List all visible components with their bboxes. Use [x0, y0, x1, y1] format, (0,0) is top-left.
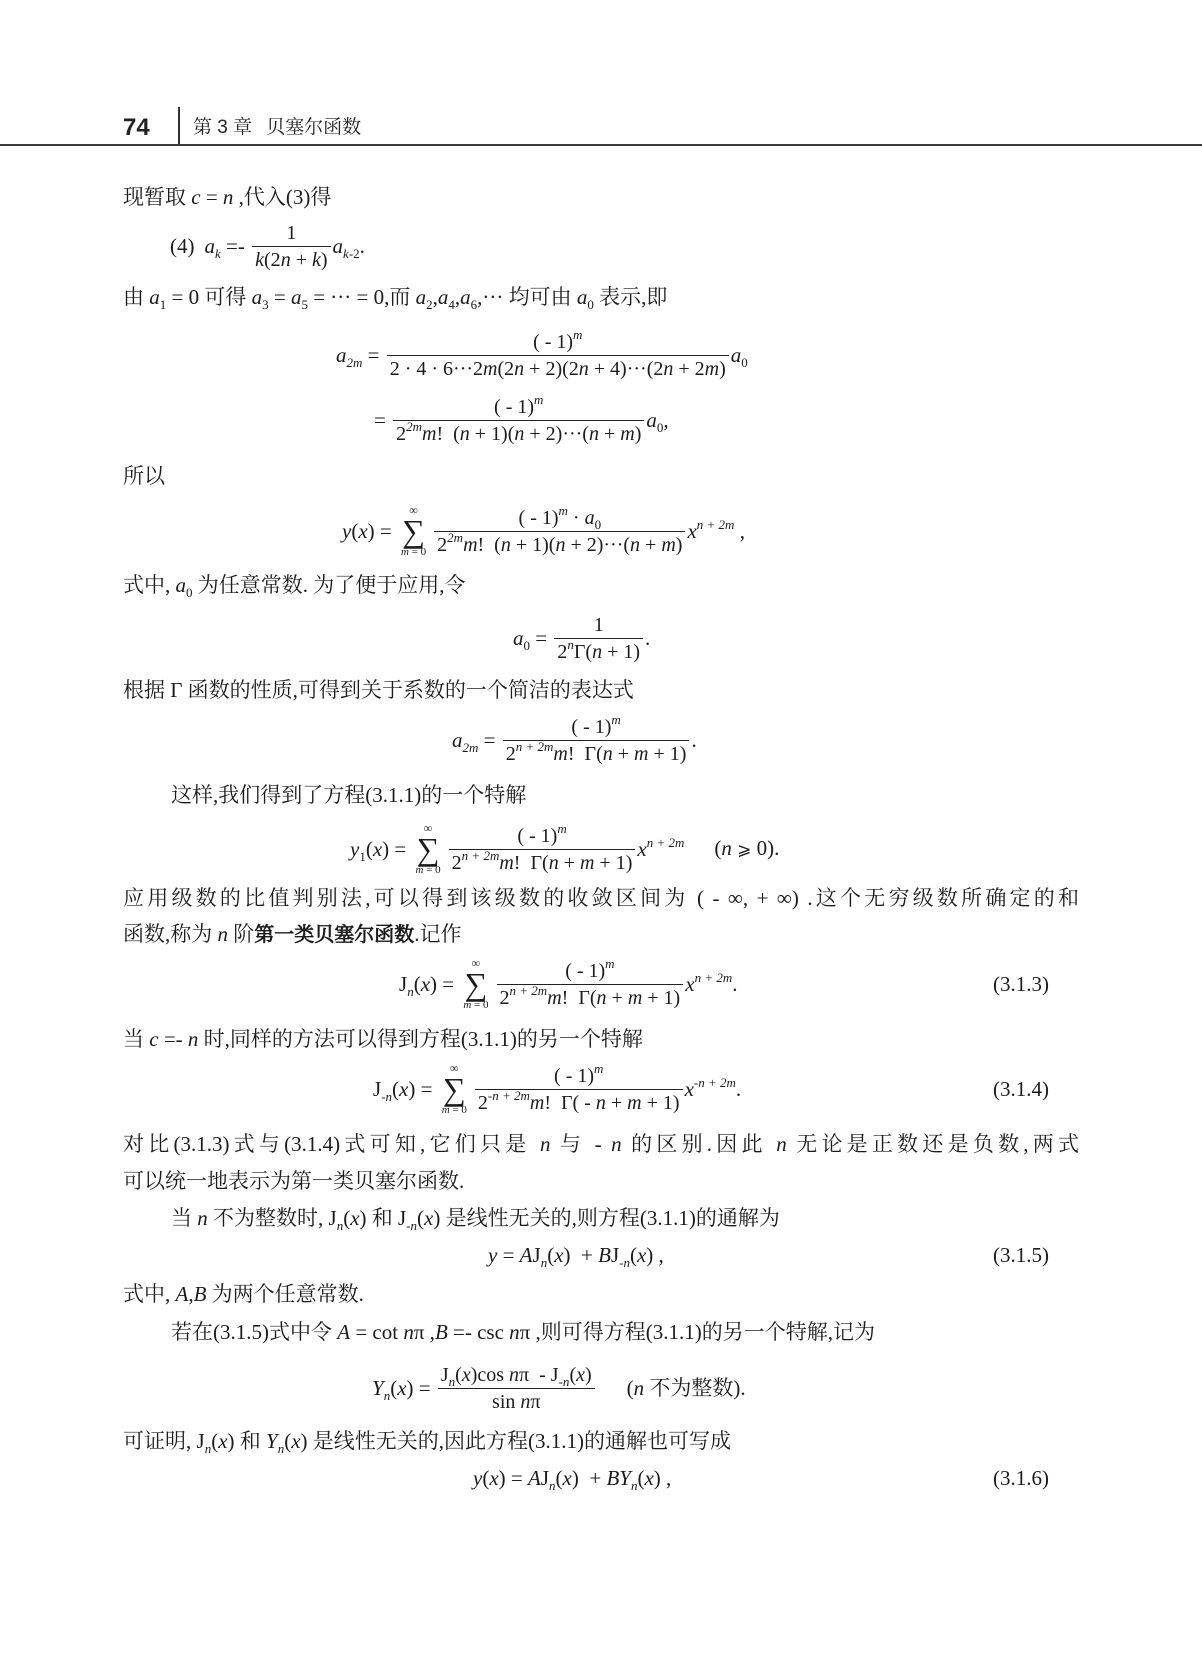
- text: = 0 可得: [166, 285, 251, 309]
- superscript: -n + 2m: [488, 1088, 530, 1103]
- text: ( - 1): [533, 331, 573, 353]
- math-var: a: [585, 507, 595, 529]
- text: 2: [478, 1092, 488, 1114]
- math-var: n: [597, 987, 607, 1009]
- math-var: m: [553, 743, 567, 765]
- equation-3-1-3: Jn(x) = ∞∑m = 0 ( - 1)m 2n + 2mm! Γ(n + …: [399, 956, 737, 1012]
- text: ) =: [368, 519, 397, 543]
- text: 可以统一地表示为第一类贝塞尔函数.: [123, 1169, 464, 1193]
- text: .: [736, 1077, 741, 1101]
- text: J: [373, 1077, 381, 1101]
- text: π - J: [519, 1364, 559, 1386]
- text: ): [585, 1364, 592, 1386]
- text: 2: [396, 423, 406, 445]
- text: ) +: [572, 1466, 607, 1490]
- math-var: a: [731, 343, 742, 367]
- chapter-label: 第 3 章: [193, 117, 252, 138]
- sigma-icon: ∑: [465, 969, 488, 999]
- text: +: [613, 743, 634, 765]
- math-var: a: [452, 728, 463, 752]
- equation-number: (4): [170, 232, 195, 260]
- superscript: n + 2m: [697, 517, 735, 532]
- math-var: n: [509, 1364, 519, 1386]
- text: +: [640, 534, 661, 556]
- math-var: a: [438, 285, 449, 309]
- math-var: B: [435, 1320, 448, 1344]
- denominator: 2n + 2mm! Γ(n + m + 1): [449, 850, 636, 876]
- text: 的区别.因此: [622, 1132, 777, 1156]
- superscript: n + 2m: [695, 970, 733, 985]
- text: ): [719, 358, 726, 380]
- equation-4: (4) ak =- 1 k(2n + k) ak-2.: [170, 218, 365, 274]
- text: 1: [286, 222, 296, 244]
- math-var: a: [336, 343, 347, 367]
- paragraph-line: 当 n 不为整数时, Jn(x) 和 J-n(x) 是线性无关的,则方程(3.1…: [171, 1204, 780, 1232]
- fraction: ( - 1)m 2n + 2mm! Γ(n + m + 1): [497, 958, 684, 1011]
- equation-3-1-4: J-n(x) = ∞∑m = 0 ( - 1)m 2-n + 2mm! Γ( -…: [373, 1061, 741, 1117]
- text: 式中,: [123, 1282, 176, 1306]
- equation-lhs: a2m =: [452, 726, 501, 754]
- equation-a2m-factorial: = ( - 1)m 22mm! (n + 1)(n + 2)···(n + m)…: [374, 392, 669, 448]
- equals-sign: =: [362, 343, 384, 367]
- text: ) ,: [646, 1243, 664, 1267]
- text: ,··· 均可由: [477, 285, 577, 309]
- math-var: x: [218, 1429, 227, 1453]
- math-var: m: [547, 987, 561, 1009]
- math-var: n: [549, 852, 559, 874]
- equation-3-1-5: y = AJn(x) + BJ-n(x) ,: [488, 1241, 664, 1269]
- numerator: ( - 1)m: [530, 329, 585, 355]
- text: 对比(3.1.3)式与(3.1.4)式可知,它们只是: [123, 1132, 540, 1156]
- superscript: m: [573, 327, 582, 342]
- text: 可证明, J: [123, 1429, 205, 1453]
- equation-lhs: a2m =: [336, 341, 385, 369]
- fraction: ( - 1)m 2n + 2mm! Γ(n + m + 1): [503, 714, 690, 767]
- text: 当: [171, 1206, 197, 1230]
- text: + 1)(: [511, 534, 556, 556]
- equation-lhs: y1(x) =: [350, 835, 412, 863]
- text: -2: [349, 246, 360, 261]
- numerator: ( - 1)m · a0: [516, 505, 605, 531]
- math-var: n: [589, 423, 599, 445]
- text: )cos: [471, 1364, 509, 1386]
- equation-rhs: xn + 2m ,: [687, 517, 745, 545]
- text: ! (: [478, 534, 501, 556]
- text: 为任意常数. 为了便于应用,令: [193, 573, 466, 597]
- text: 2: [500, 987, 510, 1009]
- math-var: c: [149, 1027, 158, 1051]
- text: ! Γ(: [568, 743, 603, 765]
- text: ( - 1): [571, 716, 611, 738]
- text: 由: [123, 285, 149, 309]
- denominator: k(2n + k): [252, 247, 330, 273]
- text: + 1): [594, 852, 632, 874]
- math-var: n: [540, 1132, 551, 1156]
- text: ) 是线性无关的,因此方程(3.1.1)的通解也可写成: [301, 1429, 731, 1453]
- sigma-icon: ∑: [402, 516, 425, 546]
- paragraph-line: 可以统一地表示为第一类贝塞尔函数.: [123, 1167, 464, 1195]
- text: ): [321, 249, 328, 271]
- numerator: ( - 1)m: [514, 823, 569, 849]
- equals-sign: ) =: [499, 1466, 528, 1490]
- superscript: m: [559, 503, 568, 518]
- numerator: Jn(x)cos nπ - J-n(x): [438, 1362, 595, 1388]
- text: ) =: [407, 1376, 436, 1400]
- text: ( - 1): [517, 825, 557, 847]
- summation: ∞∑m = 0: [463, 957, 488, 1011]
- text: 0).: [751, 836, 779, 860]
- math-var: n: [281, 249, 291, 271]
- page-number: 74: [123, 113, 150, 143]
- text: 2: [557, 641, 567, 663]
- text: ,代入(3)得: [233, 185, 331, 209]
- text: 2: [437, 534, 447, 556]
- math-var: x: [399, 1077, 408, 1101]
- equation-rhs: xn + 2m: [637, 835, 684, 863]
- math-var: a: [252, 285, 263, 309]
- text: ) =: [430, 972, 459, 996]
- sigma-icon: ∑: [443, 1074, 466, 1104]
- text: ! (: [436, 423, 459, 445]
- header-divider: [178, 107, 180, 145]
- text: 函数,称为: [123, 922, 218, 946]
- text: 阶: [228, 922, 254, 946]
- text: = ··· = 0,而: [308, 285, 416, 309]
- equals-sign: =-: [221, 234, 250, 258]
- math-var: a: [416, 285, 427, 309]
- text: + 2)(2: [524, 358, 579, 380]
- math-var: m: [483, 358, 497, 380]
- math-var: c: [191, 185, 200, 209]
- subscript: 2m: [347, 355, 363, 370]
- text: + 1): [642, 987, 680, 1009]
- denominator: 2n + 2mm! Γ(n + m + 1): [497, 985, 684, 1011]
- text: ) 和: [228, 1429, 267, 1453]
- denominator: 2-n + 2mm! Γ( - n + m + 1): [475, 1090, 683, 1116]
- text: J: [611, 1243, 619, 1267]
- math-var: x: [373, 837, 382, 861]
- math-var: n: [596, 1092, 606, 1114]
- equation-3-1-6: y(x) = AJn(x) + BYn(x) ,: [473, 1464, 671, 1492]
- equation-y1: y1(x) = ∞∑m = 0 ( - 1)m 2n + 2mm! Γ(n + …: [350, 821, 779, 877]
- fraction: ( - 1)m 2n + 2mm! Γ(n + m + 1): [449, 823, 636, 876]
- paragraph-line: 式中, a0 为任意常数. 为了便于应用,令: [123, 571, 466, 599]
- math-var: m: [628, 987, 642, 1009]
- text: sin: [492, 1391, 520, 1413]
- paragraph-line: 可证明, Jn(x) 和 Yn(x) 是线性无关的,因此方程(3.1.1)的通解…: [123, 1427, 731, 1455]
- text: (: [417, 1206, 424, 1230]
- paragraph-line: 函数,称为 n 阶第一类贝塞尔函数.记作: [123, 920, 462, 948]
- superscript: m: [534, 392, 543, 407]
- paragraph-line: 应用级数的比值判别法,可以得到该级数的收敛区间为 ( - ∞, + ∞) .这个…: [123, 884, 1079, 912]
- text: ! Γ(: [514, 852, 549, 874]
- summation: ∞∑m = 0: [416, 822, 441, 876]
- book-page: 74 第 3 章贝塞尔函数 现暂取 c = n ,代入(3)得 (4) ak =…: [0, 0, 1202, 1675]
- math-var: m: [627, 1092, 641, 1114]
- math-var: n: [188, 1027, 199, 1051]
- equals-sign: =: [374, 408, 391, 432]
- equation-rhs: ak-2.: [333, 232, 365, 260]
- text: (: [630, 1243, 637, 1267]
- math-var: n: [509, 1320, 520, 1344]
- chapter-title: 贝塞尔函数: [266, 117, 361, 138]
- math-var: a: [176, 573, 187, 597]
- superscript: m: [594, 1061, 603, 1076]
- paragraph-line: 这样,我们得到了方程(3.1.1)的一个特解: [171, 781, 526, 809]
- math-var: k: [255, 249, 264, 271]
- math-var: k: [312, 249, 321, 271]
- equation-rhs: .: [645, 624, 650, 652]
- math-var: x: [424, 1206, 433, 1230]
- text: J: [399, 972, 407, 996]
- math-var: Y: [619, 1466, 631, 1490]
- math-var: a: [646, 408, 657, 432]
- text: 为两个任意常数.: [206, 1282, 364, 1306]
- math-var: B: [194, 1282, 207, 1306]
- text: ( - 1): [519, 507, 559, 529]
- equation-condition: (n ⩾ 0).: [714, 834, 779, 864]
- text: +: [599, 423, 620, 445]
- math-var: x: [685, 972, 694, 996]
- text: 2: [452, 852, 462, 874]
- math-var: x: [576, 1364, 585, 1386]
- math-var: A: [520, 1243, 533, 1267]
- equation-number: (3.1.6): [993, 1464, 1049, 1492]
- paragraph-line: 当 c =- n 时,同样的方法可以得到方程(3.1.1)的另一个特解: [123, 1025, 643, 1053]
- equation-rhs: a0: [731, 341, 748, 369]
- subscript: -n: [381, 1089, 392, 1104]
- denominator: 2nΓ(n + 1): [554, 639, 643, 665]
- text: .: [645, 626, 650, 650]
- text: 时,同样的方法可以得到方程(3.1.1)的另一个特解: [198, 1027, 643, 1051]
- text: ) ,: [654, 1466, 672, 1490]
- math-var: m: [401, 546, 409, 558]
- equation-lhs: Jn(x) =: [399, 970, 459, 998]
- text: + 2: [673, 358, 704, 380]
- paragraph-line: 若在(3.1.5)式中令 A = cot nπ ,B =- csc nπ ,则可…: [171, 1318, 875, 1346]
- text: ·: [568, 507, 585, 529]
- equation-rhs: .: [691, 726, 696, 754]
- superscript: n + 2m: [462, 848, 500, 863]
- fraction: ( - 1)m 2 · 4 · 6···2m(2n + 2)(2n + 4)··…: [387, 329, 729, 382]
- text: 若在(3.1.5)式中令: [171, 1320, 337, 1344]
- numerator: 1: [591, 612, 607, 638]
- math-var: n: [218, 922, 229, 946]
- math-var: x: [637, 1243, 646, 1267]
- text: +: [559, 852, 580, 874]
- math-var: n: [555, 534, 565, 556]
- summation: ∞∑m = 0: [401, 504, 426, 558]
- paragraph-line: 由 a1 = 0 可得 a3 = a5 = ··· = 0,而 a2,a4,a6…: [123, 283, 667, 311]
- math-var: y: [350, 837, 359, 861]
- text: J: [533, 1243, 541, 1267]
- text: 应用级数的比值判别法,可以得到该级数的收敛区间为 ( - ∞, + ∞) .这个…: [123, 886, 1079, 910]
- math-var: n: [197, 1206, 208, 1230]
- equation-lhs: y(x) =: [342, 517, 397, 545]
- math-var: a: [205, 234, 216, 258]
- fraction: ( - 1)m · a0 22mm! (n + 1)(n + 2)···(n +…: [434, 505, 685, 558]
- subscript: 0: [595, 517, 602, 532]
- text: ,: [663, 408, 668, 432]
- text: J: [441, 1364, 449, 1386]
- text: = 0: [409, 546, 426, 558]
- equation-rhs: a0,: [646, 406, 668, 434]
- equation-a2m-product: a2m = ( - 1)m 2 · 4 · 6···2m(2n + 2)(2n …: [336, 327, 748, 383]
- text: π: [530, 1391, 540, 1413]
- text: 2 · 4 · 6···2: [390, 358, 483, 380]
- subscript: 2m: [463, 740, 479, 755]
- equation-lhs: ak =-: [205, 232, 251, 260]
- superscript: m: [557, 821, 566, 836]
- text: (2: [264, 249, 281, 271]
- paragraph-line: 式中, A,B 为两个任意常数.: [123, 1280, 364, 1308]
- equation-a2m-gamma: a2m = ( - 1)m 2n + 2mm! Γ(n + m + 1) .: [452, 712, 697, 768]
- denominator: 2 · 4 · 6···2m(2n + 2)(2n + 4)···(2n + 2…: [387, 356, 729, 382]
- text: + 1): [642, 1092, 680, 1114]
- text: +: [607, 987, 628, 1009]
- text: 现暂取: [123, 185, 191, 209]
- sigma-icon: ∑: [417, 834, 440, 864]
- sum-lower-limit: m = 0: [442, 1104, 467, 1116]
- text: ) +: [564, 1243, 599, 1267]
- equals-sign: =: [530, 626, 552, 650]
- numerator: ( - 1)m: [562, 958, 617, 984]
- text: (: [627, 1376, 634, 1400]
- math-var: n: [592, 641, 602, 663]
- text: = 0: [450, 1104, 467, 1116]
- math-var: n: [223, 185, 234, 209]
- math-var: A: [176, 1282, 189, 1306]
- math-var: x: [637, 837, 646, 861]
- math-var: m: [661, 534, 675, 556]
- math-var: B: [606, 1466, 619, 1490]
- text: 式中,: [123, 573, 176, 597]
- text: ( - 1): [565, 960, 605, 982]
- math-var: n: [501, 534, 511, 556]
- equation-number: (3.1.4): [993, 1075, 1049, 1103]
- math-var: n: [634, 1376, 645, 1400]
- text: .: [732, 972, 737, 996]
- superscript: n + 2m: [510, 983, 548, 998]
- text: 这样,我们得到了方程(3.1.1)的一个特解: [171, 783, 526, 807]
- superscript: n + 2m: [647, 835, 685, 850]
- denominator: 22mm! (n + 1)(n + 2)···(n + m): [434, 532, 685, 558]
- math-var: n: [603, 743, 613, 765]
- subscript: k-2: [343, 246, 360, 261]
- sum-lower-limit: m = 0: [463, 999, 488, 1011]
- math-var: n: [403, 1320, 414, 1344]
- math-var: a: [291, 285, 302, 309]
- equals-sign: =: [497, 1243, 519, 1267]
- text: = cot: [350, 1320, 403, 1344]
- math-var: n: [663, 358, 673, 380]
- sum-lower-limit: m = 0: [401, 546, 426, 558]
- math-var: A: [337, 1320, 350, 1344]
- equation-number: (3.1.5): [993, 1241, 1049, 1269]
- math-var: x: [462, 1364, 471, 1386]
- text: + 1): [648, 743, 686, 765]
- math-var: n: [721, 836, 732, 860]
- numerator: ( - 1)m: [551, 1063, 606, 1089]
- math-var: Y: [372, 1376, 384, 1400]
- text: + 4)···(2: [589, 358, 664, 380]
- math-var: n: [460, 423, 470, 445]
- math-var: y: [342, 519, 351, 543]
- text: ) =: [382, 837, 411, 861]
- superscript: 2m: [447, 530, 463, 545]
- text: ( - 1): [554, 1065, 594, 1087]
- sum-lower-limit: m = 0: [416, 864, 441, 876]
- math-var: a: [149, 285, 160, 309]
- math-var: n: [611, 1132, 622, 1156]
- text: + 2)···(: [524, 423, 589, 445]
- text: 当: [123, 1027, 149, 1051]
- math-var: m: [422, 423, 436, 445]
- math-var: x: [563, 1466, 572, 1490]
- subscript: -n: [406, 1218, 417, 1233]
- text: ! Γ( -: [544, 1092, 596, 1114]
- superscript: m: [605, 956, 614, 971]
- math-var: x: [554, 1243, 563, 1267]
- math-var: m: [442, 1104, 450, 1116]
- equation-lhs: a0 =: [513, 624, 552, 652]
- text: (: [556, 1466, 563, 1490]
- running-header: 第 3 章贝塞尔函数: [193, 115, 361, 141]
- math-var: x: [685, 1077, 694, 1101]
- math-var: a: [577, 285, 588, 309]
- math-var: A: [528, 1466, 541, 1490]
- text: =: [269, 285, 291, 309]
- equation-a0: a0 = 1 2nΓ(n + 1) .: [513, 610, 650, 666]
- math-var: n: [514, 358, 524, 380]
- equation-rhs: xn + 2m.: [685, 970, 737, 998]
- text: ! Γ(: [562, 987, 597, 1009]
- text: + 1)(: [470, 423, 515, 445]
- fraction: 1 2nΓ(n + 1): [554, 612, 643, 665]
- text: (: [392, 1077, 399, 1101]
- fraction: 1 k(2n + k): [252, 220, 330, 273]
- numerator: ( - 1)m: [491, 394, 546, 420]
- numerator: 1: [283, 220, 299, 246]
- text: ) =: [408, 1077, 437, 1101]
- text: = 0: [423, 864, 440, 876]
- text: +: [291, 249, 312, 271]
- subscript: -n: [559, 1374, 570, 1389]
- denominator: sin nπ: [489, 1389, 543, 1415]
- superscript: n + 2m: [516, 739, 554, 754]
- text: (: [414, 972, 421, 996]
- math-var: n: [776, 1132, 787, 1156]
- equation-number: (3.1.3): [993, 970, 1049, 998]
- text: + 2)···(: [565, 534, 630, 556]
- math-var: m: [620, 423, 634, 445]
- math-var: x: [644, 1466, 653, 1490]
- superscript: m: [611, 712, 620, 727]
- equation-rhs: x-n + 2m.: [685, 1075, 742, 1103]
- math-var: x: [358, 519, 367, 543]
- text: 所以: [123, 464, 165, 488]
- text: =-: [159, 1027, 188, 1051]
- equation-y-series: y(x) = ∞∑m = 0 ( - 1)m · a0 22mm! (n + 1…: [342, 503, 745, 559]
- text: (: [366, 837, 373, 861]
- math-var: a: [513, 626, 524, 650]
- math-var: a: [460, 285, 471, 309]
- math-var: x: [291, 1429, 300, 1453]
- equation-lhs: Yn(x) =: [372, 1374, 436, 1402]
- text: 2: [506, 743, 516, 765]
- subscript: -n: [619, 1255, 630, 1270]
- fraction: ( - 1)m 22mm! (n + 1)(n + 2)···(n + m): [393, 394, 644, 447]
